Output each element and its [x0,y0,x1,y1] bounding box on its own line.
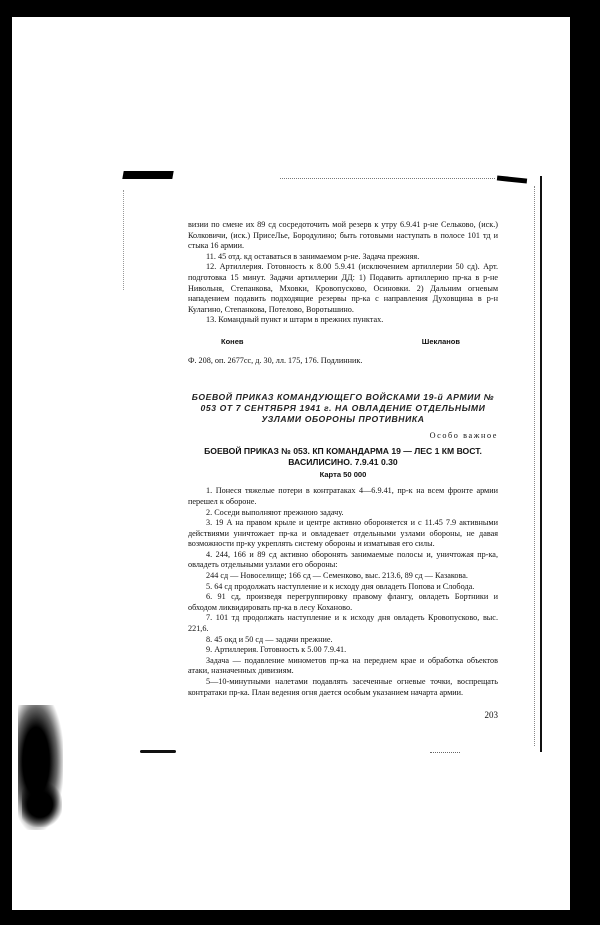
paragraph: Задача — подавление минометов пр-ка на п… [188,656,498,677]
paragraph: 7. 101 тд продолжать наступление и к исх… [188,613,498,634]
paragraph: 2. Соседи выполняют прежнюю задачу. [188,508,498,519]
page-edge-rule [534,186,536,746]
archive-source-note: Ф. 208, оп. 2677сс, д. 30, лл. 175, 176.… [188,356,498,367]
paragraph: визии по смене их 89 сд сосредоточить мо… [188,220,498,252]
paragraph: 5. 64 сд продолжать наступление и к исхо… [188,582,498,593]
scan-mark [140,750,176,753]
document-title: БОЕВОЙ ПРИКАЗ КОМАНДУЮЩЕГО ВОЙСКАМИ 19-й… [188,392,498,425]
paragraph: 1. Понеся тяжелые потери в контратаках 4… [188,486,498,507]
map-reference: Карта 50 000 [188,470,498,481]
page-number: 203 [188,710,498,721]
signature-right: Шекланов [422,337,460,348]
scan-noise [280,178,495,179]
classification-label: Особо важное [188,431,498,442]
paragraph: 244 сд — Новоселище; 166 сд — Семенково,… [188,571,498,582]
paragraph: 4. 244, 166 и 89 сд активно оборонять за… [188,550,498,571]
paragraph: 13. Командный пункт и штарм в прежних пу… [188,315,498,326]
scan-mark [122,171,173,179]
paragraph: 9. Артиллерия. Готовность к 5.00 7.9.41. [188,645,498,656]
paragraph: 11. 45 отд. кд оставаться в занимаемом р… [188,252,498,263]
scan-noise [430,752,460,753]
signature-block: Конев Шекланов [188,337,498,348]
paragraph: 5—10-минутными налетами подавлять засече… [188,677,498,698]
page-edge-rule [540,176,542,752]
page-content: визии по смене их 89 сд сосредоточить мо… [188,220,498,721]
paragraph: 8. 45 окд и 50 сд — задачи прежние. [188,635,498,646]
scan-smudge [22,782,62,827]
paragraph: 6. 91 сд, произведя перегруппировку прав… [188,592,498,613]
scan-noise [123,190,125,290]
signature-left: Конев [221,337,243,348]
paragraph: 12. Артиллерия. Готовность к 8.00 5.9.41… [188,262,498,315]
paragraph: 3. 19 А на правом крыле и центре активно… [188,518,498,550]
order-heading: БОЕВОЙ ПРИКАЗ № 053. КП КОМАНДАРМА 19 — … [188,446,498,468]
